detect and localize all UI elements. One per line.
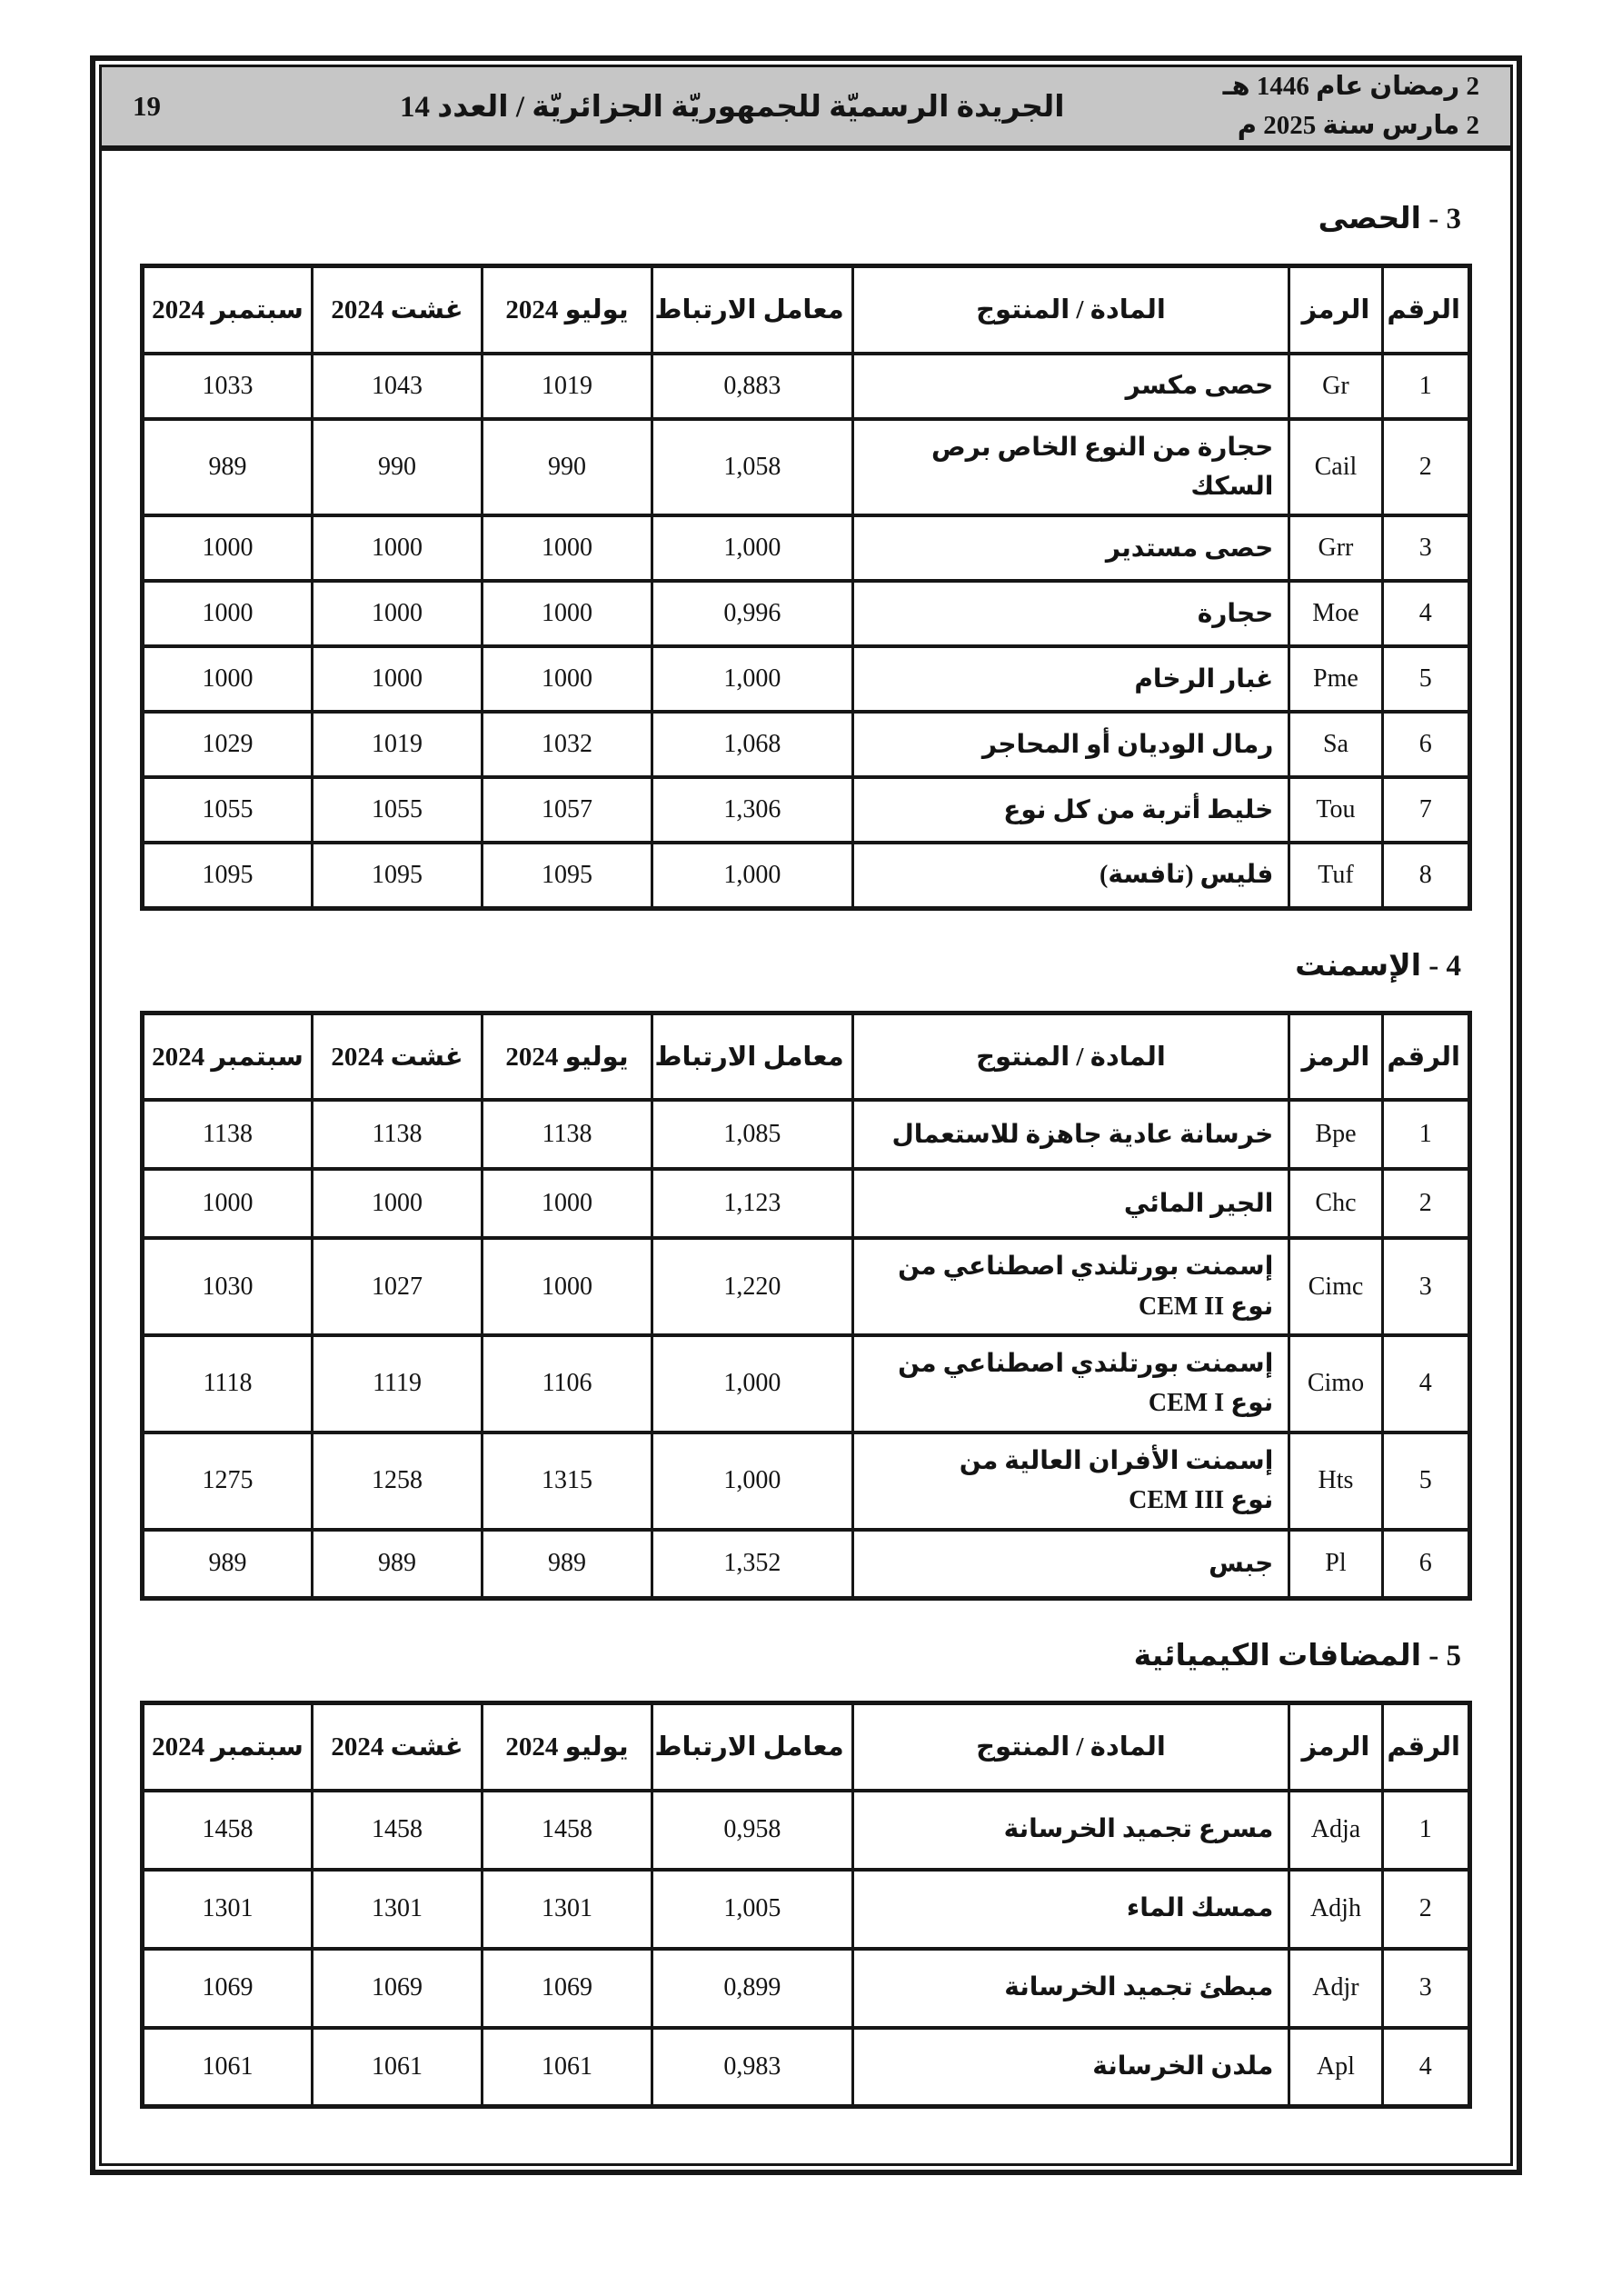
cell-september: 1033 [143, 354, 313, 419]
cell-number: 6 [1382, 712, 1469, 777]
cell-coefficient: 1,352 [652, 1530, 853, 1599]
cell-coefficient: 1,005 [652, 1870, 853, 1949]
cell-september: 1029 [143, 712, 313, 777]
gazette-page: 2 رمضان عام 1446 هـ 2 مارس سنة 2025 م ال… [0, 0, 1622, 2296]
cell-july: 1000 [483, 515, 652, 581]
cell-code: Cail [1289, 419, 1382, 516]
cell-september: 1000 [143, 1169, 313, 1238]
table-row: 7Touخليط أتربة من كل نوع1,30610571055105… [143, 777, 1470, 843]
cell-code: Gr [1289, 354, 1382, 419]
col-header-july: يوليو 2024 [483, 266, 652, 354]
cell-number: 5 [1382, 646, 1469, 712]
products-table: الرقمالرمزالمادة / المنتوجمعامل الارتباط… [140, 264, 1472, 911]
cell-code: Pl [1289, 1530, 1382, 1599]
cell-coefficient: 1,123 [652, 1169, 853, 1238]
header-dates: 2 رمضان عام 1446 هـ 2 مارس سنة 2025 م [1223, 67, 1479, 146]
cell-number: 3 [1382, 1238, 1469, 1335]
table-row: 2Cailحجارة من النوع الخاص برص السكك1,058… [143, 419, 1470, 516]
cell-september: 1275 [143, 1433, 313, 1530]
cell-july: 1315 [483, 1433, 652, 1530]
cell-number: 1 [1382, 1100, 1469, 1169]
col-header-coefficient: معامل الارتباط [652, 266, 853, 354]
cell-september: 989 [143, 1530, 313, 1599]
cell-august: 1095 [313, 843, 483, 908]
cell-code: Adjh [1289, 1870, 1382, 1949]
gregorian-date: 2 مارس سنة 2025 م [1223, 106, 1479, 146]
gazette-title: الجريدة الرسميّة للجمهوريّة الجزائريّة /… [242, 88, 1223, 125]
cell-july: 1000 [483, 1238, 652, 1335]
cell-product: الجير المائي [852, 1169, 1289, 1238]
cell-coefficient: 1,068 [652, 712, 853, 777]
page-number: 19 [133, 90, 242, 123]
col-header-august: غشت 2024 [313, 266, 483, 354]
cell-coefficient: 0,883 [652, 354, 853, 419]
col-header-coefficient: معامل الارتباط [652, 1013, 853, 1100]
table-row: 4Cimoإسمنت بورتلندي اصطناعي من نوع CEM I… [143, 1335, 1470, 1433]
cell-coefficient: 0,996 [652, 581, 853, 646]
cell-code: Apl [1289, 2028, 1382, 2107]
cell-august: 1119 [313, 1335, 483, 1433]
table-row: 3Adjrمبطئ تجميد الخرسانة0,89910691069106… [143, 1949, 1470, 2028]
cell-august: 1000 [313, 1169, 483, 1238]
cell-number: 1 [1382, 354, 1469, 419]
cell-july: 990 [483, 419, 652, 516]
cell-july: 1057 [483, 777, 652, 843]
cell-coefficient: 1,085 [652, 1100, 853, 1169]
cell-september: 1301 [143, 1870, 313, 1949]
cell-august: 1043 [313, 354, 483, 419]
cell-number: 2 [1382, 1870, 1469, 1949]
hijri-date: 2 رمضان عام 1446 هـ [1223, 67, 1479, 107]
cell-code: Tuf [1289, 843, 1382, 908]
cell-number: 5 [1382, 1433, 1469, 1530]
table-row: 3Cimcإسمنت بورتلندي اصطناعي من نوع CEM I… [143, 1238, 1470, 1335]
page-frame-inner: 2 رمضان عام 1446 هـ 2 مارس سنة 2025 م ال… [99, 65, 1513, 2166]
cell-september: 1069 [143, 1949, 313, 2028]
cell-august: 1027 [313, 1238, 483, 1335]
table-row: 5Htsإسمنت الأفران العالية من نوع CEM III… [143, 1433, 1470, 1530]
cell-july: 989 [483, 1530, 652, 1599]
col-header-september: سبتمبر 2024 [143, 266, 313, 354]
table-row: 1Bpeخرسانة عادية جاهزة للاستعمال1,085113… [143, 1100, 1470, 1169]
cell-august: 989 [313, 1530, 483, 1599]
cell-product: ممسك الماء [852, 1870, 1289, 1949]
cell-number: 4 [1382, 581, 1469, 646]
cell-number: 3 [1382, 515, 1469, 581]
cell-august: 1138 [313, 1100, 483, 1169]
cell-coefficient: 1,306 [652, 777, 853, 843]
cell-july: 1095 [483, 843, 652, 908]
cell-product: حصى مستدير [852, 515, 1289, 581]
cell-coefficient: 1,000 [652, 1433, 853, 1530]
cell-product: حجارة من النوع الخاص برص السكك [852, 419, 1289, 516]
cell-september: 1000 [143, 515, 313, 581]
cell-coefficient: 1,000 [652, 646, 853, 712]
col-header-august: غشت 2024 [313, 1703, 483, 1791]
products-table: الرقمالرمزالمادة / المنتوجمعامل الارتباط… [140, 1701, 1472, 2109]
cell-code: Hts [1289, 1433, 1382, 1530]
col-header-product: المادة / المنتوج [852, 266, 1289, 354]
cell-july: 1138 [483, 1100, 652, 1169]
cell-code: Bpe [1289, 1100, 1382, 1169]
table-row: 1Adjaمسرع تجميد الخرسانة0,95814581458145… [143, 1791, 1470, 1870]
cell-number: 8 [1382, 843, 1469, 908]
products-table: الرقمالرمزالمادة / المنتوجمعامل الارتباط… [140, 1011, 1472, 1601]
cell-code: Moe [1289, 581, 1382, 646]
page-header: 2 رمضان عام 1446 هـ 2 مارس سنة 2025 م ال… [102, 67, 1510, 151]
cell-august: 1258 [313, 1433, 483, 1530]
table-row: 4Moeحجارة0,996100010001000 [143, 581, 1470, 646]
col-header-august: غشت 2024 [313, 1013, 483, 1100]
cell-august: 1000 [313, 646, 483, 712]
cell-number: 7 [1382, 777, 1469, 843]
cell-product: جبس [852, 1530, 1289, 1599]
cell-product: ملدن الخرسانة [852, 2028, 1289, 2107]
cell-number: 3 [1382, 1949, 1469, 2028]
col-header-july: يوليو 2024 [483, 1703, 652, 1791]
col-header-september: سبتمبر 2024 [143, 1703, 313, 1791]
cell-september: 1000 [143, 646, 313, 712]
table-header-row: الرقمالرمزالمادة / المنتوجمعامل الارتباط… [143, 1703, 1470, 1791]
cell-coefficient: 1,000 [652, 843, 853, 908]
cell-code: Cimo [1289, 1335, 1382, 1433]
cell-september: 1030 [143, 1238, 313, 1335]
col-header-code: الرمز [1289, 1013, 1382, 1100]
cell-product: إسمنت بورتلندي اصطناعي من نوع CEM I [852, 1335, 1289, 1433]
col-header-coefficient: معامل الارتباط [652, 1703, 853, 1791]
cell-product: رمال الوديان أو المحاجر [852, 712, 1289, 777]
cell-august: 1000 [313, 515, 483, 581]
cell-coefficient: 0,983 [652, 2028, 853, 2107]
col-header-num: الرقم [1382, 1013, 1469, 1100]
section: 5 - المضافات الكيميائية الرقمالرمزالمادة… [140, 1637, 1472, 2109]
table-row: 8Tufفليس (تافسة)1,000109510951095 [143, 843, 1470, 908]
section: 3 - الحصى الرقمالرمزالمادة / المنتوجمعام… [140, 200, 1472, 911]
cell-product: مبطئ تجميد الخرسانة [852, 1949, 1289, 2028]
col-header-july: يوليو 2024 [483, 1013, 652, 1100]
table-row: 6Plجبس1,352989989989 [143, 1530, 1470, 1599]
cell-july: 1032 [483, 712, 652, 777]
cell-july: 1069 [483, 1949, 652, 2028]
cell-code: Adja [1289, 1791, 1382, 1870]
cell-code: Chc [1289, 1169, 1382, 1238]
cell-august: 1069 [313, 1949, 483, 2028]
cell-july: 1458 [483, 1791, 652, 1870]
col-header-code: الرمز [1289, 1703, 1382, 1791]
cell-september: 1095 [143, 843, 313, 908]
cell-coefficient: 1,000 [652, 1335, 853, 1433]
cell-august: 1000 [313, 581, 483, 646]
cell-september: 1118 [143, 1335, 313, 1433]
cell-august: 1458 [313, 1791, 483, 1870]
cell-product: خرسانة عادية جاهزة للاستعمال [852, 1100, 1289, 1169]
cell-number: 4 [1382, 2028, 1469, 2107]
section-title: 3 - الحصى [140, 200, 1461, 236]
cell-product: فليس (تافسة) [852, 843, 1289, 908]
cell-august: 990 [313, 419, 483, 516]
table-row: 1Grحصى مكسر0,883101910431033 [143, 354, 1470, 419]
cell-product: إسمنت بورتلندي اصطناعي من نوع CEM II [852, 1238, 1289, 1335]
cell-product: حجارة [852, 581, 1289, 646]
cell-july: 1061 [483, 2028, 652, 2107]
table-header-row: الرقمالرمزالمادة / المنتوجمعامل الارتباط… [143, 1013, 1470, 1100]
cell-september: 989 [143, 419, 313, 516]
cell-code: Grr [1289, 515, 1382, 581]
cell-july: 1301 [483, 1870, 652, 1949]
cell-september: 1138 [143, 1100, 313, 1169]
cell-product: غبار الرخام [852, 646, 1289, 712]
cell-july: 1019 [483, 354, 652, 419]
cell-number: 1 [1382, 1791, 1469, 1870]
cell-code: Sa [1289, 712, 1382, 777]
table-row: 2Adjhممسك الماء1,005130113011301 [143, 1870, 1470, 1949]
col-header-september: سبتمبر 2024 [143, 1013, 313, 1100]
col-header-num: الرقم [1382, 1703, 1469, 1791]
cell-september: 1458 [143, 1791, 313, 1870]
cell-july: 1000 [483, 581, 652, 646]
table-header-row: الرقمالرمزالمادة / المنتوجمعامل الارتباط… [143, 266, 1470, 354]
cell-august: 1301 [313, 1870, 483, 1949]
content-area: 3 - الحصى الرقمالرمزالمادة / المنتوجمعام… [102, 200, 1510, 2109]
cell-august: 1061 [313, 2028, 483, 2107]
col-header-num: الرقم [1382, 266, 1469, 354]
table-row: 3Grrحصى مستدير1,000100010001000 [143, 515, 1470, 581]
cell-product: خليط أتربة من كل نوع [852, 777, 1289, 843]
col-header-product: المادة / المنتوج [852, 1703, 1289, 1791]
cell-coefficient: 1,000 [652, 515, 853, 581]
cell-august: 1055 [313, 777, 483, 843]
col-header-code: الرمز [1289, 266, 1382, 354]
cell-code: Pme [1289, 646, 1382, 712]
section-title: 4 - الإسمنت [140, 947, 1461, 983]
col-header-product: المادة / المنتوج [852, 1013, 1289, 1100]
cell-coefficient: 1,058 [652, 419, 853, 516]
cell-september: 1061 [143, 2028, 313, 2107]
table-row: 2Chcالجير المائي1,123100010001000 [143, 1169, 1470, 1238]
cell-july: 1000 [483, 646, 652, 712]
cell-september: 1000 [143, 581, 313, 646]
cell-product: مسرع تجميد الخرسانة [852, 1791, 1289, 1870]
page-frame: 2 رمضان عام 1446 هـ 2 مارس سنة 2025 م ال… [90, 55, 1522, 2175]
table-row: 5Pmeغبار الرخام1,000100010001000 [143, 646, 1470, 712]
cell-code: Tou [1289, 777, 1382, 843]
cell-coefficient: 0,899 [652, 1949, 853, 2028]
cell-product: إسمنت الأفران العالية من نوع CEM III [852, 1433, 1289, 1530]
table-row: 6Saرمال الوديان أو المحاجر1,068103210191… [143, 712, 1470, 777]
cell-number: 4 [1382, 1335, 1469, 1433]
cell-september: 1055 [143, 777, 313, 843]
cell-august: 1019 [313, 712, 483, 777]
cell-product: حصى مكسر [852, 354, 1289, 419]
cell-number: 2 [1382, 419, 1469, 516]
cell-code: Adjr [1289, 1949, 1382, 2028]
table-row: 4Aplملدن الخرسانة0,983106110611061 [143, 2028, 1470, 2107]
cell-number: 6 [1382, 1530, 1469, 1599]
cell-coefficient: 1,220 [652, 1238, 853, 1335]
cell-number: 2 [1382, 1169, 1469, 1238]
cell-july: 1106 [483, 1335, 652, 1433]
cell-code: Cimc [1289, 1238, 1382, 1335]
section-title: 5 - المضافات الكيميائية [140, 1637, 1461, 1673]
section: 4 - الإسمنت الرقمالرمزالمادة / المنتوجمع… [140, 947, 1472, 1601]
cell-coefficient: 0,958 [652, 1791, 853, 1870]
cell-july: 1000 [483, 1169, 652, 1238]
